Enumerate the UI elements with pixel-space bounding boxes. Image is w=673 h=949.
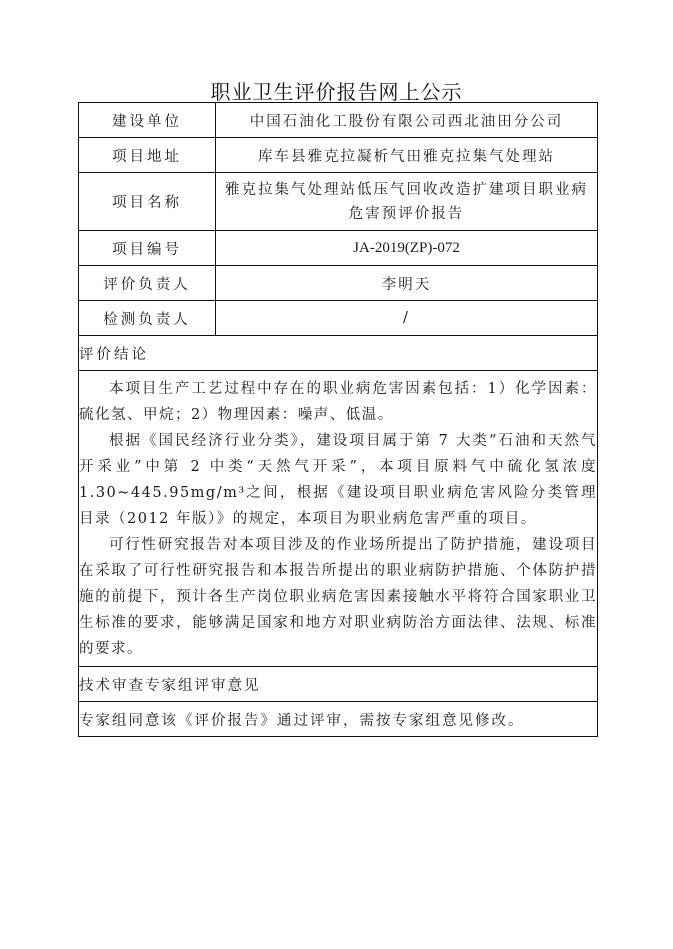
evaluation-lead-label: 评价负责人 [79, 266, 216, 301]
table-row: 评价结论 [79, 336, 598, 371]
conclusion-paragraph: 可行性研究报告对本项目涉及的作业场所提出了防护措施，建设项目在采取了可行性研究报… [79, 532, 597, 662]
conclusion-body: 本项目生产工艺过程中存在的职业病危害因素包括：1）化学因素：硫化氢、甲烷；2）物… [79, 371, 598, 667]
table-row: 检测负责人 / [79, 301, 598, 336]
table-row: 项目地址 库车县雅克拉凝析气田雅克拉集气处理站 [79, 138, 598, 173]
review-heading: 技术审查专家组评审意见 [79, 667, 598, 702]
table-row: 建设单位 中国石油化工股份有限公司西北油田分公司 [79, 103, 598, 138]
conclusion-paragraph: 根据《国民经济行业分类》，建设项目属于第 7 大类“石油和天然气开采业”中第 2… [79, 428, 597, 532]
project-number-value: JA-2019(ZP)-072 [216, 231, 598, 266]
table-row: 项目编号 JA-2019(ZP)-072 [79, 231, 598, 266]
testing-lead-value: / [216, 301, 598, 336]
project-name-value: 雅克拉集气处理站低压气回收改造扩建项目职业病危害预评价报告 [216, 173, 598, 231]
table-row: 评价负责人 李明天 [79, 266, 598, 301]
project-name-label: 项目名称 [79, 173, 216, 231]
conclusion-heading: 评价结论 [79, 336, 598, 371]
evaluation-lead-value: 李明天 [216, 266, 598, 301]
document-title: 职业卫生评价报告网上公示 [0, 76, 673, 105]
construction-unit-label: 建设单位 [79, 103, 216, 138]
table-row: 本项目生产工艺过程中存在的职业病危害因素包括：1）化学因素：硫化氢、甲烷；2）物… [79, 371, 598, 667]
table-row: 项目名称 雅克拉集气处理站低压气回收改造扩建项目职业病危害预评价报告 [79, 173, 598, 231]
project-address-value: 库车县雅克拉凝析气田雅克拉集气处理站 [216, 138, 598, 173]
testing-lead-label: 检测负责人 [79, 301, 216, 336]
table-row: 专家组同意该《评价报告》通过评审，需按专家组意见修改。 [79, 702, 598, 737]
review-opinion: 专家组同意该《评价报告》通过评审，需按专家组意见修改。 [79, 702, 598, 737]
project-address-label: 项目地址 [79, 138, 216, 173]
construction-unit-value: 中国石油化工股份有限公司西北油田分公司 [216, 103, 598, 138]
project-number-label: 项目编号 [79, 231, 216, 266]
conclusion-paragraph: 本项目生产工艺过程中存在的职业病危害因素包括：1）化学因素：硫化氢、甲烷；2）物… [79, 376, 597, 428]
table-row: 技术审查专家组评审意见 [79, 667, 598, 702]
report-table: 建设单位 中国石油化工股份有限公司西北油田分公司 项目地址 库车县雅克拉凝析气田… [78, 102, 598, 737]
